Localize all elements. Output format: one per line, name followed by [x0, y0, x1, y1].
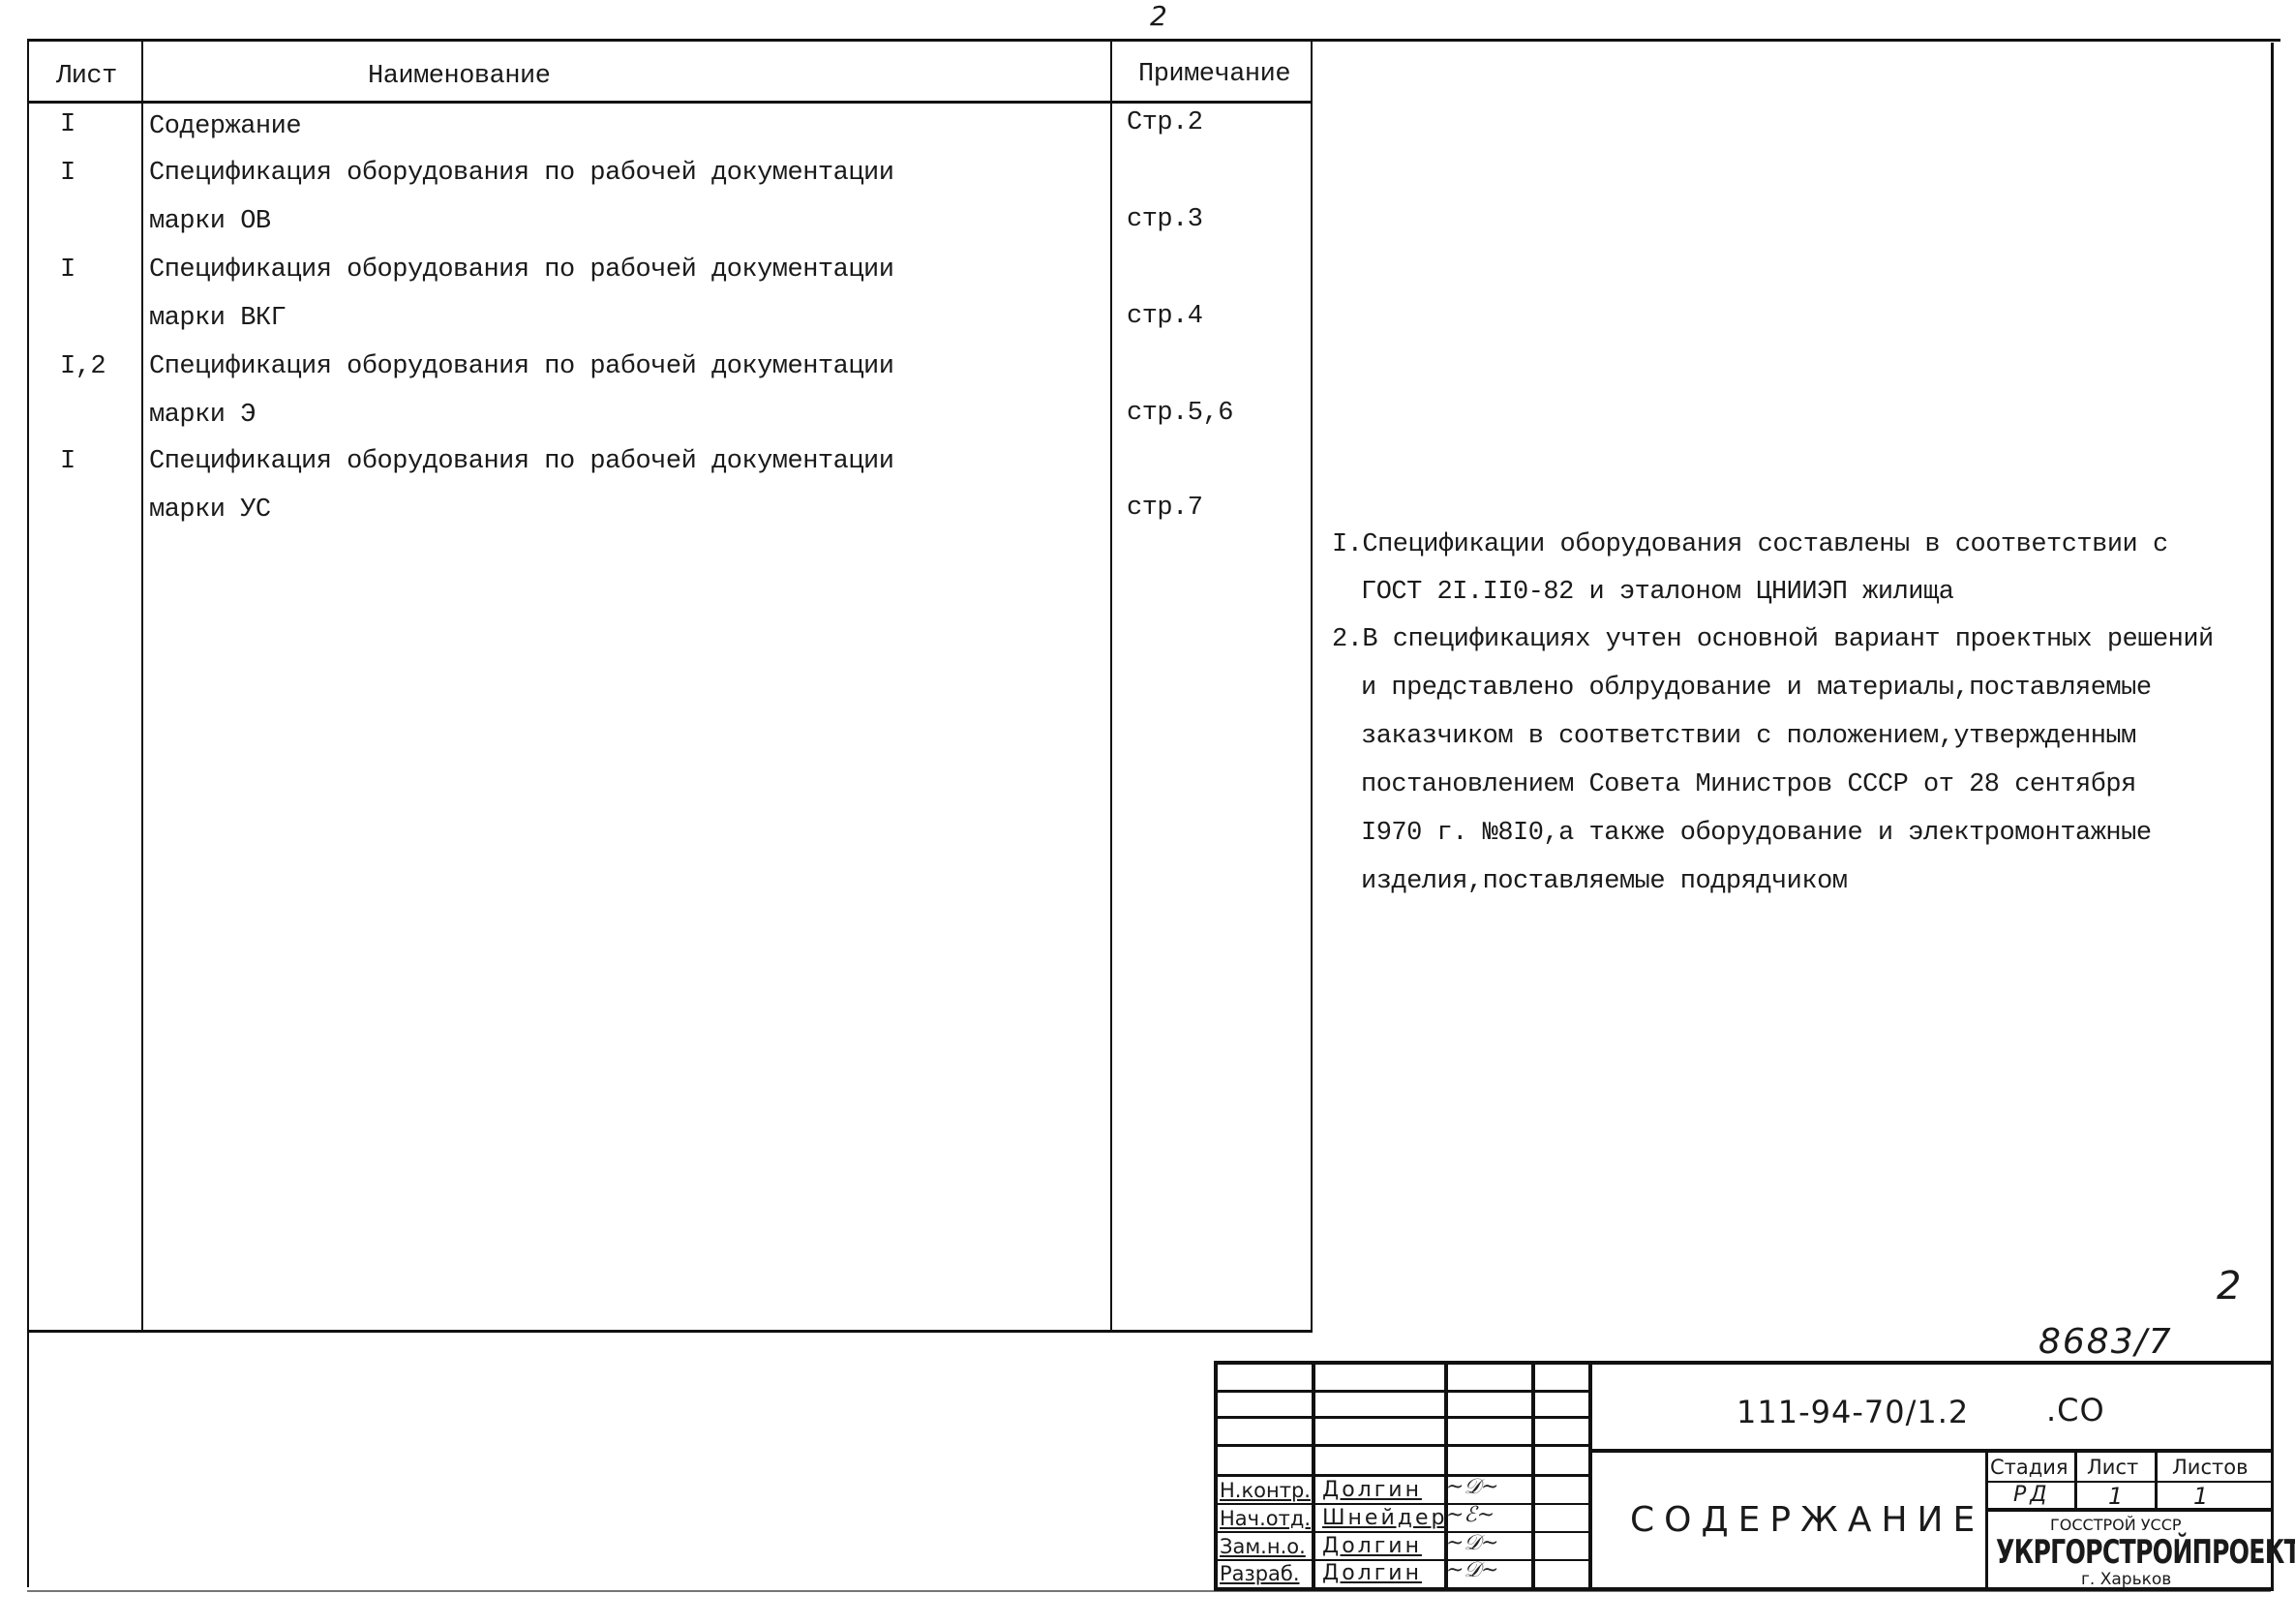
row-name: Содержание: [149, 112, 301, 141]
col-divider-sheet: [141, 41, 143, 1330]
frame-right-border: [2271, 43, 2274, 1591]
note-line: I970 г. №8I0,а также оборудование и элек…: [1361, 819, 2152, 848]
tb-row: [1214, 1531, 1591, 1533]
stage-header: Стадия: [1990, 1456, 2069, 1479]
frame-top-border: [27, 39, 2280, 42]
tb-row: [1214, 1416, 1591, 1419]
sheet-title: СОДЕРЖАНИЕ: [1630, 1500, 1984, 1540]
table-bottom-rule: [27, 1330, 1313, 1333]
header-name: Наименование: [368, 62, 550, 91]
header-bottom-rule: [27, 101, 1313, 104]
signature-mark: ~𝒟~: [1446, 1558, 1498, 1582]
sheets-value: 1: [2193, 1483, 2208, 1510]
row-name-cont: марки ОВ: [149, 207, 271, 236]
note-line: 2.В спецификациях учтен основной вариант…: [1332, 625, 2214, 654]
signature-name: Долгин: [1322, 1534, 1422, 1558]
note-line: постановлением Совета Министров СССР от …: [1361, 770, 2136, 799]
org-city: г. Харьков: [2081, 1570, 2171, 1589]
col-divider-note: [1110, 41, 1112, 1330]
signature-name: Долгин: [1322, 1561, 1422, 1585]
signature-mark: ~𝒟~: [1446, 1531, 1498, 1555]
tb-sheet-divider: [2155, 1451, 2158, 1510]
row-name-cont: марки УС: [149, 496, 271, 525]
row-sheet: I: [60, 110, 75, 139]
header-note: Примечание: [1138, 60, 1290, 89]
stage-value: РД: [2013, 1483, 2050, 1507]
tb-row: [1214, 1503, 1591, 1505]
sheet-value: 1: [2108, 1483, 2123, 1510]
sheet-number-mark: 2: [2217, 1264, 2241, 1308]
designation-suffix: .СО: [2046, 1392, 2105, 1429]
row-note: Стр.2: [1127, 108, 1203, 137]
frame-left-border: [27, 39, 29, 1587]
row-sheet: I,2: [60, 352, 106, 381]
sheets-header: Листов: [2172, 1456, 2248, 1479]
sheet-header: Лист: [2087, 1456, 2138, 1479]
row-name: Спецификация оборудования по рабочей док…: [149, 447, 893, 476]
note-line: и представлено облрудование и материалы,…: [1361, 674, 2152, 703]
tb-top: [1214, 1361, 2271, 1365]
tb-stage-value-rule: [1987, 1508, 2271, 1512]
signature-role: Н.контр.: [1220, 1479, 1311, 1502]
row-note: стр.3: [1127, 205, 1203, 234]
row-sheet: I: [60, 159, 75, 188]
row-note: стр.4: [1127, 302, 1203, 331]
row-name: Спецификация оборудования по рабочей док…: [149, 256, 893, 285]
org-parent: ГОССТРОЙ УССР: [2050, 1516, 2182, 1534]
row-name-cont: марки ВКГ: [149, 304, 286, 333]
note-line: I.Спецификации оборудования составлены в…: [1332, 530, 2168, 559]
note-line: ГОСТ 2I.II0-82 и эталоном ЦНИИЭП жилища: [1361, 578, 1953, 607]
signature-role: Разраб.: [1220, 1562, 1300, 1585]
row-sheet: I: [60, 447, 75, 476]
designation: 111-94-70/1.2: [1736, 1394, 1969, 1430]
row-sheet: I: [60, 256, 75, 285]
row-note: стр.5,6: [1127, 399, 1233, 428]
tb-title-divider: [1985, 1451, 1988, 1589]
org-name: УКРГОРСТРОЙПРОЕКТ: [1996, 1533, 2295, 1572]
note-line: заказчиком в соответствии с положением,у…: [1361, 722, 2136, 751]
signature-name: Шнейдер: [1322, 1506, 1447, 1530]
signature-role: Зам.н.о.: [1220, 1535, 1306, 1558]
tb-row: [1214, 1390, 1591, 1393]
tb-row: [1214, 1444, 1591, 1447]
archive-number: 8683/7: [2038, 1322, 2173, 1362]
row-name: Спецификация оборудования по рабочей док…: [149, 159, 893, 188]
tb-designation-divider: [1590, 1449, 2271, 1453]
signature-mark: ~ℰ~: [1446, 1503, 1495, 1527]
header-sheet: Лист: [56, 62, 117, 91]
signature-name: Долгин: [1322, 1478, 1422, 1502]
row-name: Спецификация оборудования по рабочей док…: [149, 352, 893, 381]
row-name-cont: марки Э: [149, 401, 256, 430]
col-divider-right: [1311, 41, 1313, 1330]
signature-role: Нач.отд.: [1220, 1507, 1311, 1530]
tb-row: [1214, 1474, 1591, 1477]
tb-stage-divider: [2074, 1451, 2077, 1510]
page-mark-top: 2: [1150, 0, 1167, 32]
row-note: стр.7: [1127, 494, 1203, 523]
signature-mark: ~𝒟~: [1446, 1475, 1498, 1499]
note-line: изделия,поставляемые подрядчиком: [1361, 867, 1847, 896]
